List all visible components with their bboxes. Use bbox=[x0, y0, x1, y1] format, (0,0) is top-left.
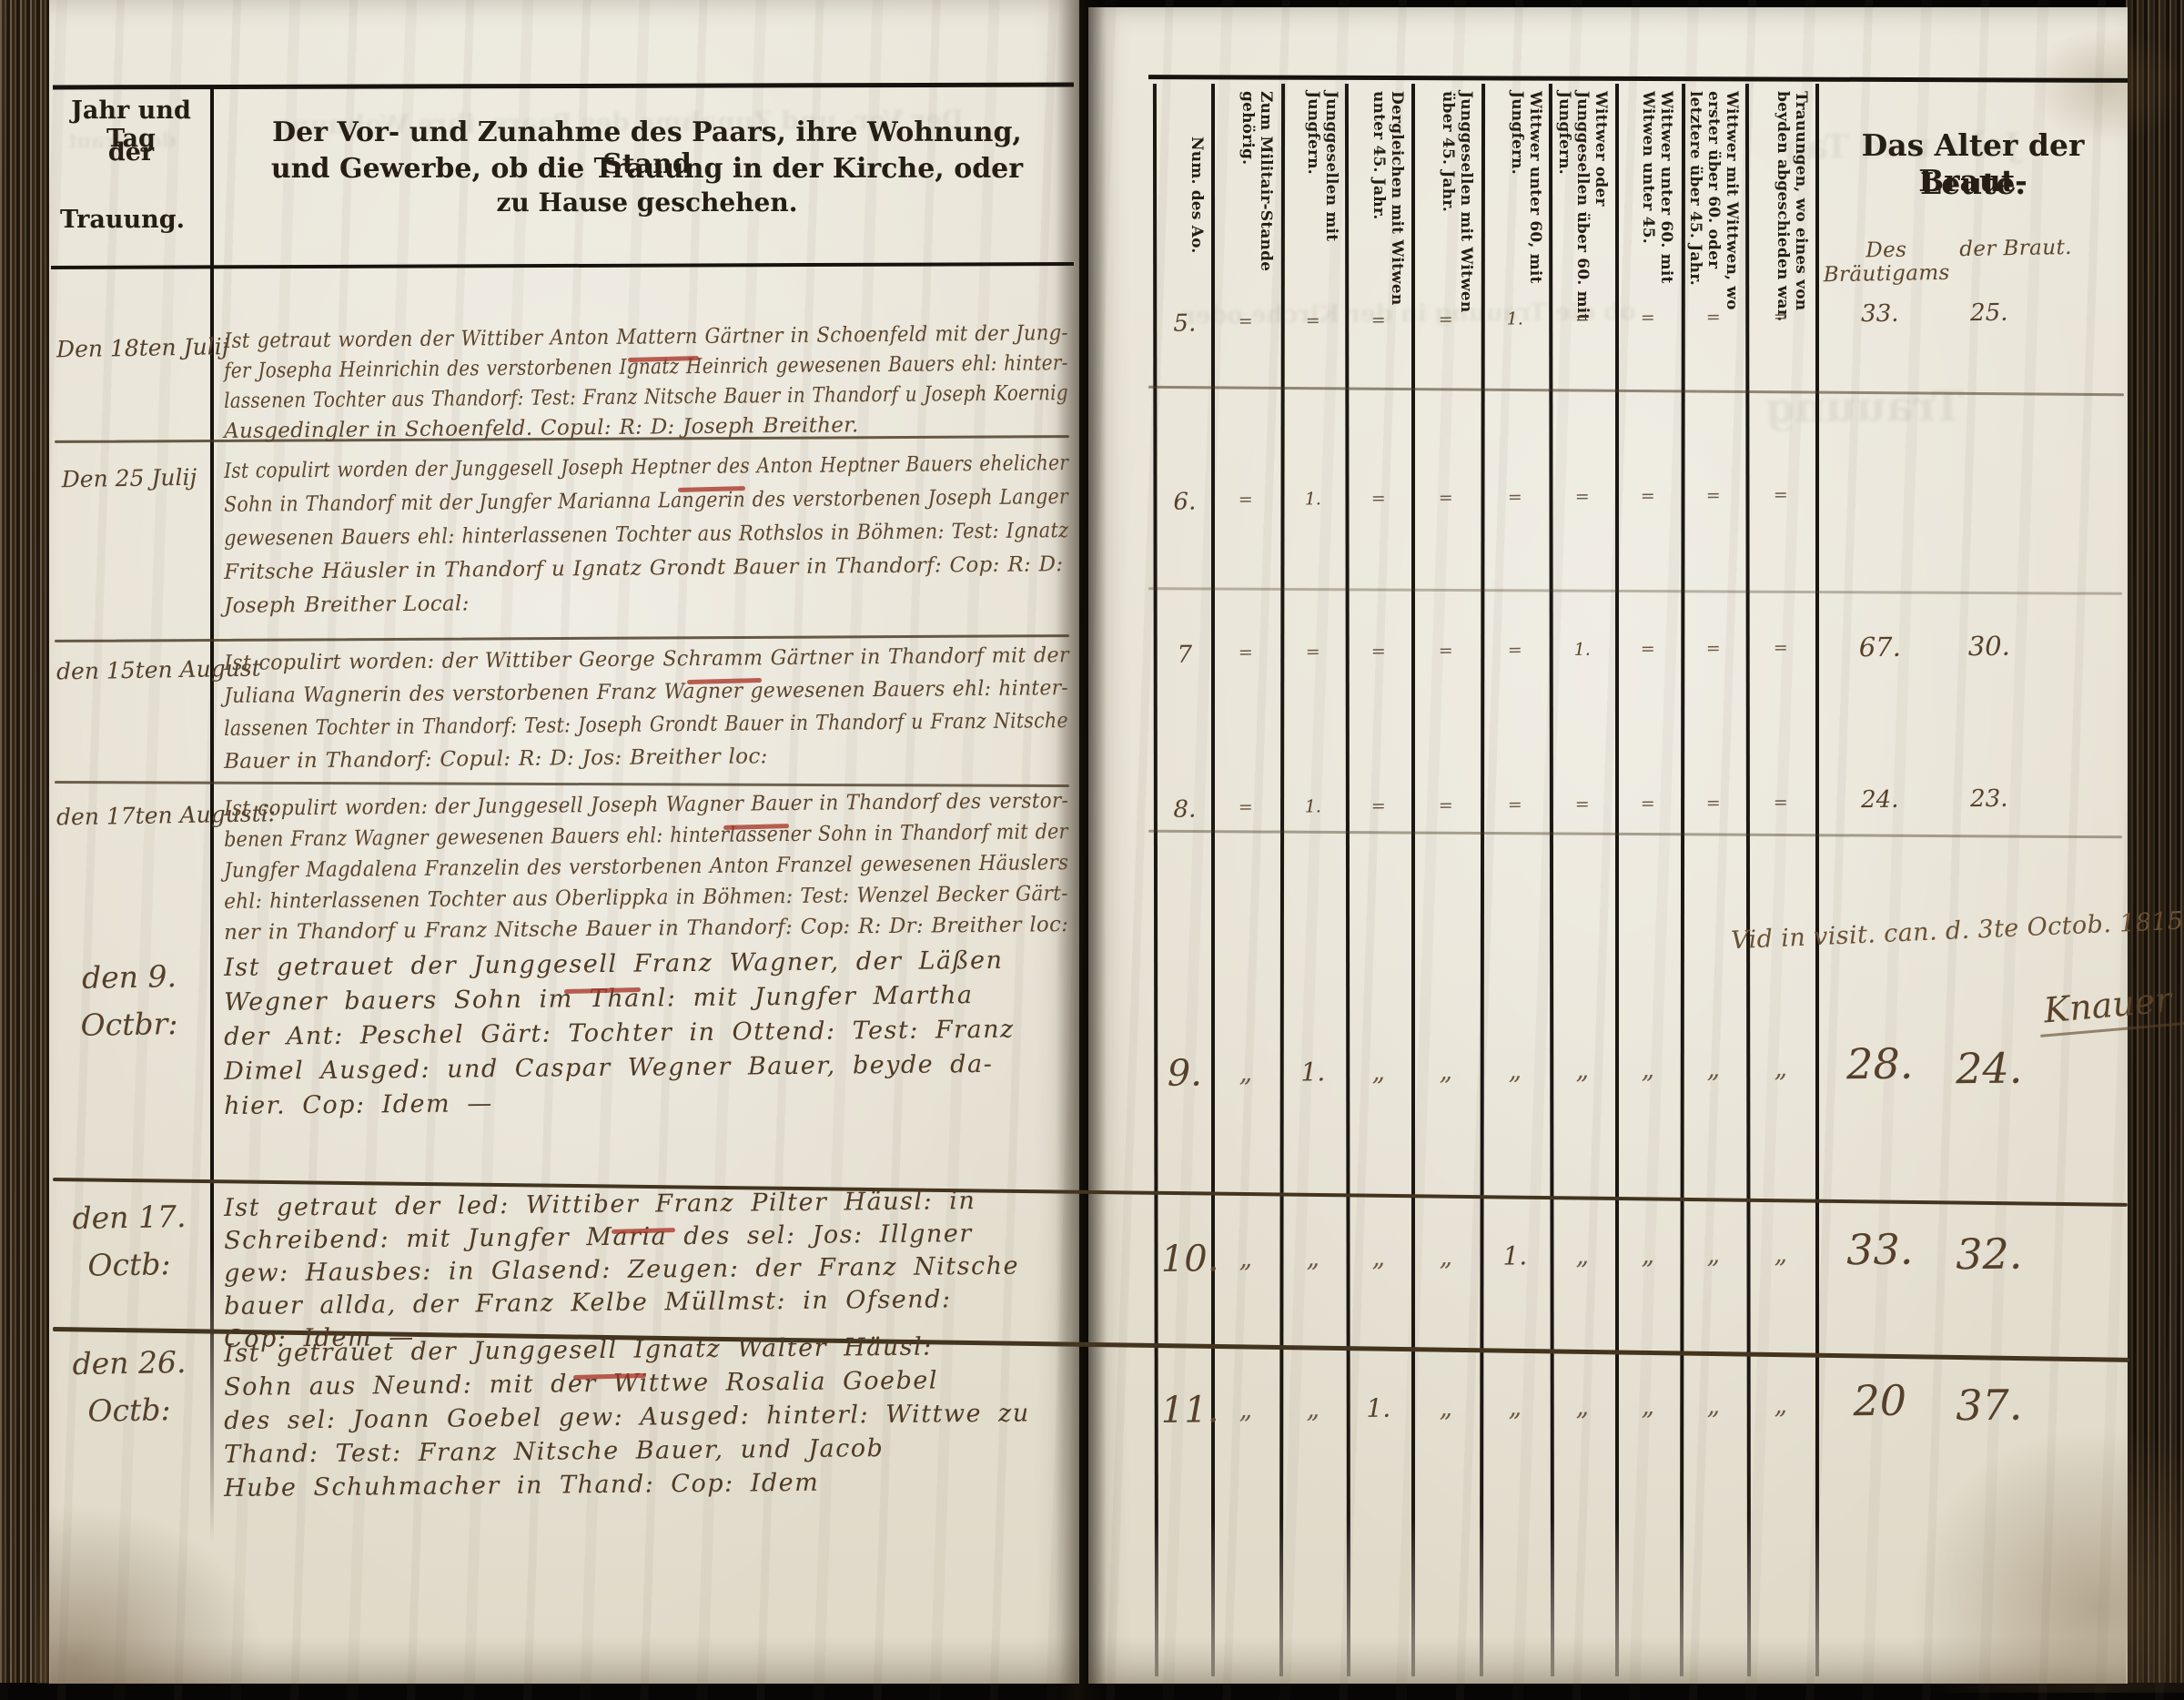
row-number-cell: 7 bbox=[1161, 641, 1208, 668]
groom-age-cell: 20 bbox=[1827, 1375, 1933, 1425]
grid-column-header: Wittwer oder Junggesellen über 60. mit J… bbox=[1555, 91, 1610, 326]
tally-cell: „ bbox=[1686, 1390, 1741, 1421]
bride-age-cell: 37. bbox=[1936, 1380, 2042, 1430]
tally-cell: „ bbox=[1419, 1241, 1473, 1272]
tally-cell: = bbox=[1419, 795, 1473, 816]
entry-line: Joseph Breither Local: bbox=[224, 592, 470, 618]
tally-cell: „ bbox=[1754, 1053, 1808, 1084]
grid-column-header: Wittwer unter 60, mit Jungfern. bbox=[1486, 91, 1544, 326]
tally-cell: = bbox=[1218, 311, 1273, 332]
tally-cell: = bbox=[1488, 487, 1542, 508]
grid-column-header: Junggesellen mit Witwen über 45. Jahr. bbox=[1417, 91, 1475, 326]
tally-cell: = bbox=[1218, 490, 1273, 511]
tally-cell: „ bbox=[1218, 1394, 1273, 1425]
tally-cell: „ bbox=[1419, 1056, 1473, 1087]
tally-cell: „ bbox=[1419, 1392, 1473, 1423]
tally-cell: „ bbox=[1286, 1393, 1340, 1424]
tally-cell: 1. bbox=[1488, 309, 1542, 329]
bride-age-cell: 25. bbox=[1936, 299, 2042, 327]
tally-cell: = bbox=[1754, 485, 1808, 506]
tally-cell: 1. bbox=[1286, 796, 1340, 817]
tally-cell: = bbox=[1351, 642, 1406, 663]
entry-date: Den 18ten Julij bbox=[56, 334, 202, 363]
groom-age-cell: 24. bbox=[1827, 785, 1933, 814]
main-column-title: und Gewerbe, ob die Trauung in der Kirch… bbox=[224, 153, 1070, 185]
row-number-cell: 11. bbox=[1161, 1389, 1208, 1431]
tally-cell: = bbox=[1419, 488, 1473, 509]
bride-age-cell: 32. bbox=[1936, 1229, 2042, 1279]
entry-date: den 17. bbox=[56, 1199, 203, 1237]
page-bottom-shading bbox=[50, 1636, 1078, 1684]
grid-column-header: Junggesellen mit Jungfern. bbox=[1286, 91, 1340, 326]
bottom-edge-strip bbox=[0, 1683, 2184, 1700]
tally-cell: „ bbox=[1621, 1054, 1675, 1085]
tally-cell: 1. bbox=[1488, 1240, 1542, 1271]
grid-column-header: Dergleichen mit Witwen unter 45. Jahr. bbox=[1351, 91, 1406, 326]
grid-column-header: Wittwer unter 60. mit Witwen unter 45. bbox=[1621, 91, 1675, 326]
tally-cell: = bbox=[1351, 489, 1406, 510]
tally-cell: = bbox=[1488, 794, 1542, 815]
tally-cell: „ bbox=[1488, 1055, 1542, 1086]
entry-date: den 15ten August bbox=[56, 656, 202, 685]
entry-date: Den 25 Julij bbox=[56, 464, 202, 493]
tally-cell: = bbox=[1754, 793, 1808, 814]
row-number-cell: 5. bbox=[1161, 309, 1208, 337]
tally-cell: „ bbox=[1754, 1390, 1808, 1421]
tally-cell: = bbox=[1488, 640, 1542, 661]
main-column-title: zu Hause geschehen. bbox=[224, 187, 1070, 218]
bride-age-cell: 23. bbox=[1936, 784, 2042, 813]
grid-column-header: Zum Militair-Stande gehörig. bbox=[1217, 91, 1275, 326]
tally-cell: „ bbox=[1351, 1242, 1406, 1273]
tally-cell: = bbox=[1621, 794, 1675, 815]
tally-cell: = bbox=[1621, 639, 1675, 660]
tally-cell: = bbox=[1555, 794, 1610, 815]
tally-cell: = bbox=[1555, 487, 1610, 508]
tally-cell: = bbox=[1686, 485, 1741, 506]
tally-cell: = bbox=[1754, 307, 1808, 328]
tally-cell: = bbox=[1351, 796, 1406, 817]
tally-cell: 1. bbox=[1351, 1393, 1406, 1424]
tally-cell: „ bbox=[1555, 1240, 1610, 1271]
bride-age-cell: 24. bbox=[1936, 1043, 2042, 1093]
grid-column-header: Trauungen, wo eines von beyden abgeschie… bbox=[1752, 91, 1810, 326]
tally-cell: „ bbox=[1286, 1242, 1340, 1273]
age-header: Leute. bbox=[1820, 166, 2126, 201]
row-number-cell: 10. bbox=[1161, 1238, 1208, 1280]
bride-age-cell: 30. bbox=[1936, 630, 2042, 662]
entry-date: den 26. bbox=[56, 1344, 203, 1382]
tally-cell: = bbox=[1218, 797, 1273, 818]
age-subheader-bride: der Braut. bbox=[1956, 236, 2075, 261]
tally-cell: = bbox=[1286, 642, 1340, 663]
tally-cell: „ bbox=[1488, 1391, 1542, 1422]
row-number-cell: 8. bbox=[1161, 795, 1208, 823]
tally-cell: „ bbox=[1351, 1057, 1406, 1088]
groom-age-cell: 67. bbox=[1827, 631, 1933, 663]
tally-cell: „ bbox=[1555, 1391, 1610, 1422]
entry-date: den 9. bbox=[56, 958, 203, 997]
tally-cell: „ bbox=[1686, 1239, 1741, 1270]
page-bottom-shading bbox=[1088, 1636, 2126, 1684]
grid-column-header: Wittwer mit Wittwen, wo erster über 60. … bbox=[1686, 91, 1741, 326]
tally-cell: = bbox=[1555, 309, 1610, 329]
age-subheader-groom: Des Bräutigams bbox=[1818, 238, 1956, 288]
entry-date: Octb: bbox=[56, 1391, 203, 1430]
entry-date: den 17ten Augusti: bbox=[56, 802, 202, 831]
tally-cell: = bbox=[1686, 307, 1741, 328]
tally-cell: = bbox=[1218, 643, 1273, 663]
tally-cell: = bbox=[1686, 793, 1741, 814]
groom-age-cell: 33. bbox=[1827, 1224, 1933, 1274]
scanned-register-spread: Der Vor- und Zunahme des Paars, ihre Woh… bbox=[0, 0, 2184, 1700]
tally-cell: „ bbox=[1218, 1243, 1273, 1274]
tally-cell: „ bbox=[1686, 1053, 1741, 1084]
tally-cell: = bbox=[1286, 310, 1340, 331]
row-number-cell: 9. bbox=[1161, 1052, 1208, 1094]
date-column-title: der bbox=[55, 138, 207, 167]
tally-cell: = bbox=[1621, 308, 1675, 329]
entry-date: Octbr: bbox=[56, 1006, 203, 1044]
tally-cell: „ bbox=[1218, 1057, 1273, 1088]
tally-cell: = bbox=[1754, 638, 1808, 659]
entry-date: Octb: bbox=[56, 1246, 203, 1284]
tally-cell: = bbox=[1686, 638, 1741, 659]
tally-cell: = bbox=[1419, 309, 1473, 330]
tally-cell: 1. bbox=[1286, 489, 1340, 510]
tally-cell: = bbox=[1419, 641, 1473, 662]
tally-cell: = bbox=[1621, 486, 1675, 507]
tally-cell: „ bbox=[1555, 1055, 1610, 1086]
tally-cell: „ bbox=[1621, 1391, 1675, 1422]
groom-age-cell: 28. bbox=[1827, 1038, 1933, 1088]
tally-cell: = bbox=[1351, 310, 1406, 331]
tally-cell: „ bbox=[1754, 1239, 1808, 1270]
row-number-cell: 6. bbox=[1161, 488, 1208, 515]
tally-cell: 1. bbox=[1555, 640, 1610, 661]
entry-line: Hube Schuhmacher in Thand: Cop: Idem bbox=[224, 1469, 819, 1503]
tally-cell: 1. bbox=[1286, 1057, 1340, 1088]
entry-line: hier. Cop: Idem — bbox=[224, 1089, 493, 1120]
groom-age-cell: 33. bbox=[1827, 299, 1933, 328]
date-column-title: Trauung. bbox=[60, 206, 213, 234]
tally-cell: „ bbox=[1621, 1240, 1675, 1270]
